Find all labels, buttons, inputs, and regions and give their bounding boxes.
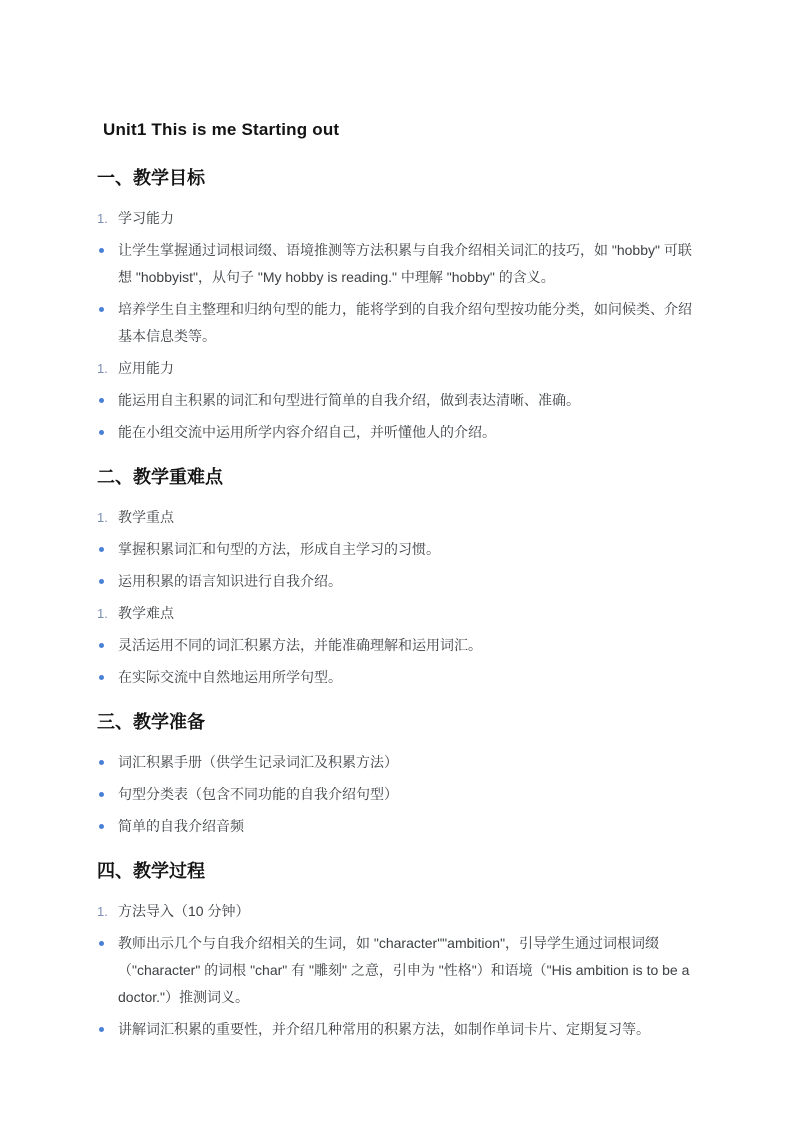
section: 一、教学目标1.学习能力让学生掌握通过词根词缀、语境推测等方法积累与自我介绍相关… [97, 165, 700, 446]
numbered-item: 1.教学重点 [97, 504, 700, 531]
bullet-icon [99, 547, 104, 552]
bullet-marker [97, 781, 118, 797]
bullet-icon [99, 430, 104, 435]
bullet-item: 让学生掌握通过词根词缀、语境推测等方法积累与自我介绍相关词汇的技巧，如 "hob… [97, 237, 700, 291]
bullet-item: 在实际交流中自然地运用所学句型。 [97, 664, 700, 691]
bullet-item: 讲解词汇积累的重要性，并介绍几种常用的积累方法，如制作单词卡片、定期复习等。 [97, 1016, 700, 1043]
numbered-item: 1.应用能力 [97, 355, 700, 382]
bullet-item: 灵活运用不同的词汇积累方法，并能准确理解和运用词汇。 [97, 632, 700, 659]
item-text: 能在小组交流中运用所学内容介绍自己，并听懂他人的介绍。 [118, 419, 700, 446]
list-number-label: 1. [97, 205, 118, 232]
list-number-marker: 1. [97, 600, 118, 627]
item-text: 掌握积累词汇和句型的方法，形成自主学习的习惯。 [118, 536, 700, 563]
list-number-label: 1. [97, 600, 118, 627]
bullet-marker [97, 1016, 118, 1032]
bullet-item: 能运用自主积累的词汇和句型进行简单的自我介绍，做到表达清晰、准确。 [97, 387, 700, 414]
section-heading: 一、教学目标 [97, 165, 700, 191]
item-text: 讲解词汇积累的重要性，并介绍几种常用的积累方法，如制作单词卡片、定期复习等。 [118, 1016, 700, 1043]
document-sections: 一、教学目标1.学习能力让学生掌握通过词根词缀、语境推测等方法积累与自我介绍相关… [97, 165, 700, 1043]
document-title: Unit1 This is me Starting out [103, 119, 700, 141]
bullet-icon [99, 760, 104, 765]
bullet-item: 词汇积累手册（供学生记录词汇及积累方法） [97, 749, 700, 776]
item-text: 教学难点 [118, 600, 700, 627]
section: 三、教学准备词汇积累手册（供学生记录词汇及积累方法）句型分类表（包含不同功能的自… [97, 709, 700, 840]
section-heading: 四、教学过程 [97, 858, 700, 884]
item-text: 能运用自主积累的词汇和句型进行简单的自我介绍，做到表达清晰、准确。 [118, 387, 700, 414]
item-text: 让学生掌握通过词根词缀、语境推测等方法积累与自我介绍相关词汇的技巧，如 "hob… [118, 237, 700, 291]
bullet-icon [99, 307, 104, 312]
item-text: 灵活运用不同的词汇积累方法，并能准确理解和运用词汇。 [118, 632, 700, 659]
item-text: 方法导入（10 分钟） [118, 898, 700, 925]
item-text: 词汇积累手册（供学生记录词汇及积累方法） [118, 749, 700, 776]
bullet-marker [97, 296, 118, 312]
item-text: 培养学生自主整理和归纳句型的能力，能将学到的自我介绍句型按功能分类，如问候类、介… [118, 296, 700, 350]
item-text: 在实际交流中自然地运用所学句型。 [118, 664, 700, 691]
list-number-label: 1. [97, 504, 118, 531]
bullet-icon [99, 248, 104, 253]
list-number-marker: 1. [97, 898, 118, 925]
list-number-marker: 1. [97, 504, 118, 531]
bullet-item: 培养学生自主整理和归纳句型的能力，能将学到的自我介绍句型按功能分类，如问候类、介… [97, 296, 700, 350]
bullet-marker [97, 536, 118, 552]
bullet-marker [97, 568, 118, 584]
section-heading: 三、教学准备 [97, 709, 700, 735]
list-number-marker: 1. [97, 355, 118, 382]
item-text: 应用能力 [118, 355, 700, 382]
bullet-icon [99, 398, 104, 403]
section: 二、教学重难点1.教学重点掌握积累词汇和句型的方法，形成自主学习的习惯。运用积累… [97, 464, 700, 691]
bullet-marker [97, 664, 118, 680]
bullet-icon [99, 824, 104, 829]
bullet-marker [97, 632, 118, 648]
list-number-label: 1. [97, 355, 118, 382]
bullet-marker [97, 237, 118, 253]
bullet-item: 运用积累的语言知识进行自我介绍。 [97, 568, 700, 595]
bullet-icon [99, 1027, 104, 1032]
bullet-item: 简单的自我介绍音频 [97, 813, 700, 840]
bullet-marker [97, 813, 118, 829]
bullet-item: 能在小组交流中运用所学内容介绍自己，并听懂他人的介绍。 [97, 419, 700, 446]
section-heading: 二、教学重难点 [97, 464, 700, 490]
item-text: 教师出示几个与自我介绍相关的生词，如 "character""ambition"… [118, 930, 700, 1011]
bullet-icon [99, 579, 104, 584]
bullet-icon [99, 643, 104, 648]
bullet-marker [97, 930, 118, 946]
bullet-item: 教师出示几个与自我介绍相关的生词，如 "character""ambition"… [97, 930, 700, 1011]
bullet-icon [99, 675, 104, 680]
bullet-marker [97, 419, 118, 435]
numbered-item: 1.方法导入（10 分钟） [97, 898, 700, 925]
bullet-icon [99, 941, 104, 946]
numbered-item: 1.学习能力 [97, 205, 700, 232]
document-page: Unit1 This is me Starting out 一、教学目标1.学习… [0, 0, 794, 1123]
item-text: 教学重点 [118, 504, 700, 531]
section: 四、教学过程1.方法导入（10 分钟）教师出示几个与自我介绍相关的生词，如 "c… [97, 858, 700, 1043]
item-text: 学习能力 [118, 205, 700, 232]
bullet-item: 句型分类表（包含不同功能的自我介绍句型） [97, 781, 700, 808]
bullet-marker [97, 749, 118, 765]
list-number-label: 1. [97, 898, 118, 925]
bullet-item: 掌握积累词汇和句型的方法，形成自主学习的习惯。 [97, 536, 700, 563]
list-number-marker: 1. [97, 205, 118, 232]
item-text: 运用积累的语言知识进行自我介绍。 [118, 568, 700, 595]
item-text: 句型分类表（包含不同功能的自我介绍句型） [118, 781, 700, 808]
bullet-marker [97, 387, 118, 403]
numbered-item: 1.教学难点 [97, 600, 700, 627]
bullet-icon [99, 792, 104, 797]
item-text: 简单的自我介绍音频 [118, 813, 700, 840]
